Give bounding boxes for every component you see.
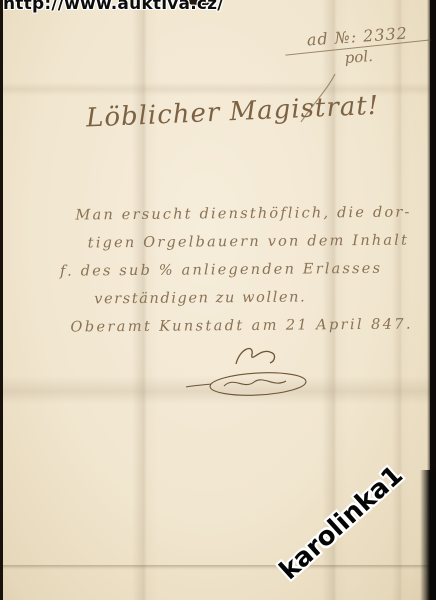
body-line: Man ersucht diensthöflich, die dor- (75, 198, 433, 229)
photo-edge-left (0, 0, 3, 600)
auction-photo: ad №: 2332 pol. Löblicher Magistrat! Man… (0, 0, 436, 600)
body-line: tigen Orgelbauern von dem Inhalt (88, 226, 434, 257)
body-line: verständigen zu wollen. (94, 282, 434, 313)
auction-site-url-watermark: http://www.auktiva.cz/ (3, 0, 224, 14)
fold-crease-horizontal-bottom (0, 565, 430, 570)
letter-body: Man ersucht diensthöflich, die dor- tige… (59, 198, 434, 341)
body-line: f. des sub % anliegenden Erlasses (60, 254, 434, 285)
photo-edge-bottom-right (420, 470, 436, 600)
dateline: Oberamt Kunstadt am 21 April 847. (70, 310, 434, 341)
signature-flourish (180, 342, 340, 400)
